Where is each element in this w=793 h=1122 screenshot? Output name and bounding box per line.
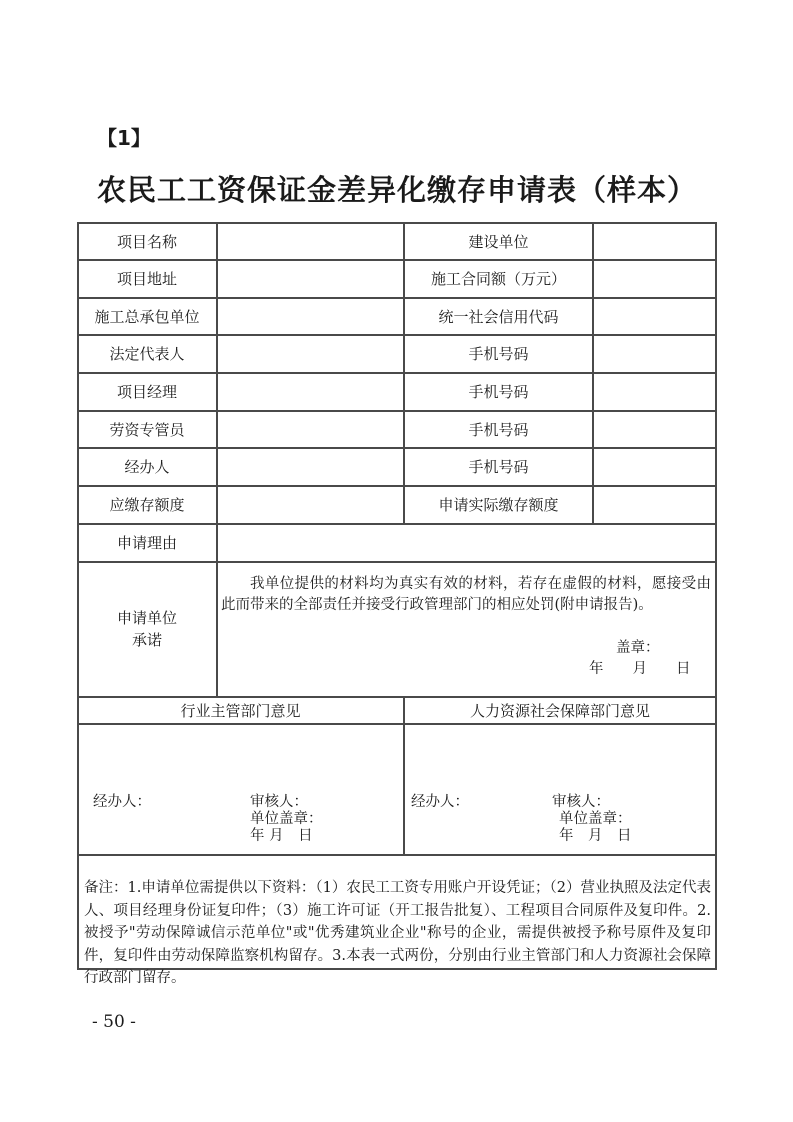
handler-field[interactable] (218, 448, 403, 485)
hr-reviewer-label: 审核人： (552, 794, 610, 810)
row-divider (77, 723, 716, 725)
application-reason-field[interactable] (218, 524, 715, 561)
pledge-text: 我单位提供的材料均为真实有效的材料，若存在虚假的材料，愿接受由此而带来的全部责任… (221, 574, 711, 616)
industry-date: 年 月 日 (250, 828, 313, 844)
label-legal-representative: 法定代表人 (78, 335, 216, 372)
construction-unit-field[interactable] (594, 223, 715, 259)
label-project-address: 项目地址 (78, 260, 216, 297)
label-construction-unit: 建设单位 (405, 223, 592, 259)
remarks-text: 备注：1.申请单位需提供以下资料：（1）农民工工资专用账户开设凭证；（2）营业执… (84, 877, 711, 990)
industry-handler-label: 经办人： (93, 794, 151, 810)
table-border-right (715, 222, 717, 970)
industry-reviewer-label: 审核人： (250, 794, 308, 810)
hr-handler-label: 经办人： (411, 794, 469, 810)
phone-handler-field[interactable] (594, 448, 715, 485)
phone-legal-rep-field[interactable] (594, 335, 715, 372)
label-required-deposit: 应缴存额度 (78, 486, 216, 523)
legal-representative-field[interactable] (218, 335, 403, 372)
label-phone-labor-manager: 手机号码 (405, 411, 592, 447)
label-phone-legal-rep: 手机号码 (405, 335, 592, 372)
project-name-field[interactable] (218, 223, 403, 259)
required-deposit-field[interactable] (218, 486, 403, 523)
general-contractor-field[interactable] (218, 298, 403, 334)
pledge-label-line2: 承诺 (132, 629, 162, 651)
pledge-label-line1: 申请单位 (117, 607, 177, 629)
hr-seal-label: 单位盖章： (559, 811, 632, 827)
label-project-name: 项目名称 (78, 223, 216, 259)
industry-seal-label: 单位盖章： (250, 811, 323, 827)
label-applicant-pledge: 申请单位 承诺 (78, 562, 216, 696)
phone-labor-manager-field[interactable] (594, 411, 715, 447)
label-credit-code: 统一社会信用代码 (405, 298, 592, 334)
label-phone-handler: 手机号码 (405, 448, 592, 485)
label-phone-project-manager: 手机号码 (405, 373, 592, 410)
phone-project-manager-field[interactable] (594, 373, 715, 410)
label-general-contractor: 施工总承包单位 (78, 298, 216, 334)
page-number: - 50 - (92, 1012, 136, 1032)
label-labor-manager: 劳资专管员 (78, 411, 216, 447)
section-tag: 【1】 (97, 122, 151, 151)
project-address-field[interactable] (218, 260, 403, 297)
labor-manager-field[interactable] (218, 411, 403, 447)
page-title: 农民工工资保证金差异化缴存申请表（样本） (97, 168, 697, 209)
label-application-reason: 申请理由 (78, 524, 216, 561)
label-handler: 经办人 (78, 448, 216, 485)
label-contract-amount: 施工合同额（万元） (405, 260, 592, 297)
contract-amount-field[interactable] (594, 260, 715, 297)
hr-date: 年 月 日 (559, 828, 632, 844)
credit-code-field[interactable] (594, 298, 715, 334)
industry-dept-opinion-header: 行业主管部门意见 (78, 697, 403, 723)
label-project-manager: 项目经理 (78, 373, 216, 410)
pledge-seal-label: 盖章： (616, 638, 660, 659)
project-manager-field[interactable] (218, 373, 403, 410)
hr-dept-opinion-header: 人力资源社会保障部门意见 (405, 697, 715, 723)
label-actual-deposit: 申请实际缴存额度 (405, 486, 592, 523)
pledge-date: 年 月 日 (589, 659, 691, 680)
row-divider (77, 854, 716, 856)
actual-deposit-field[interactable] (594, 486, 715, 523)
